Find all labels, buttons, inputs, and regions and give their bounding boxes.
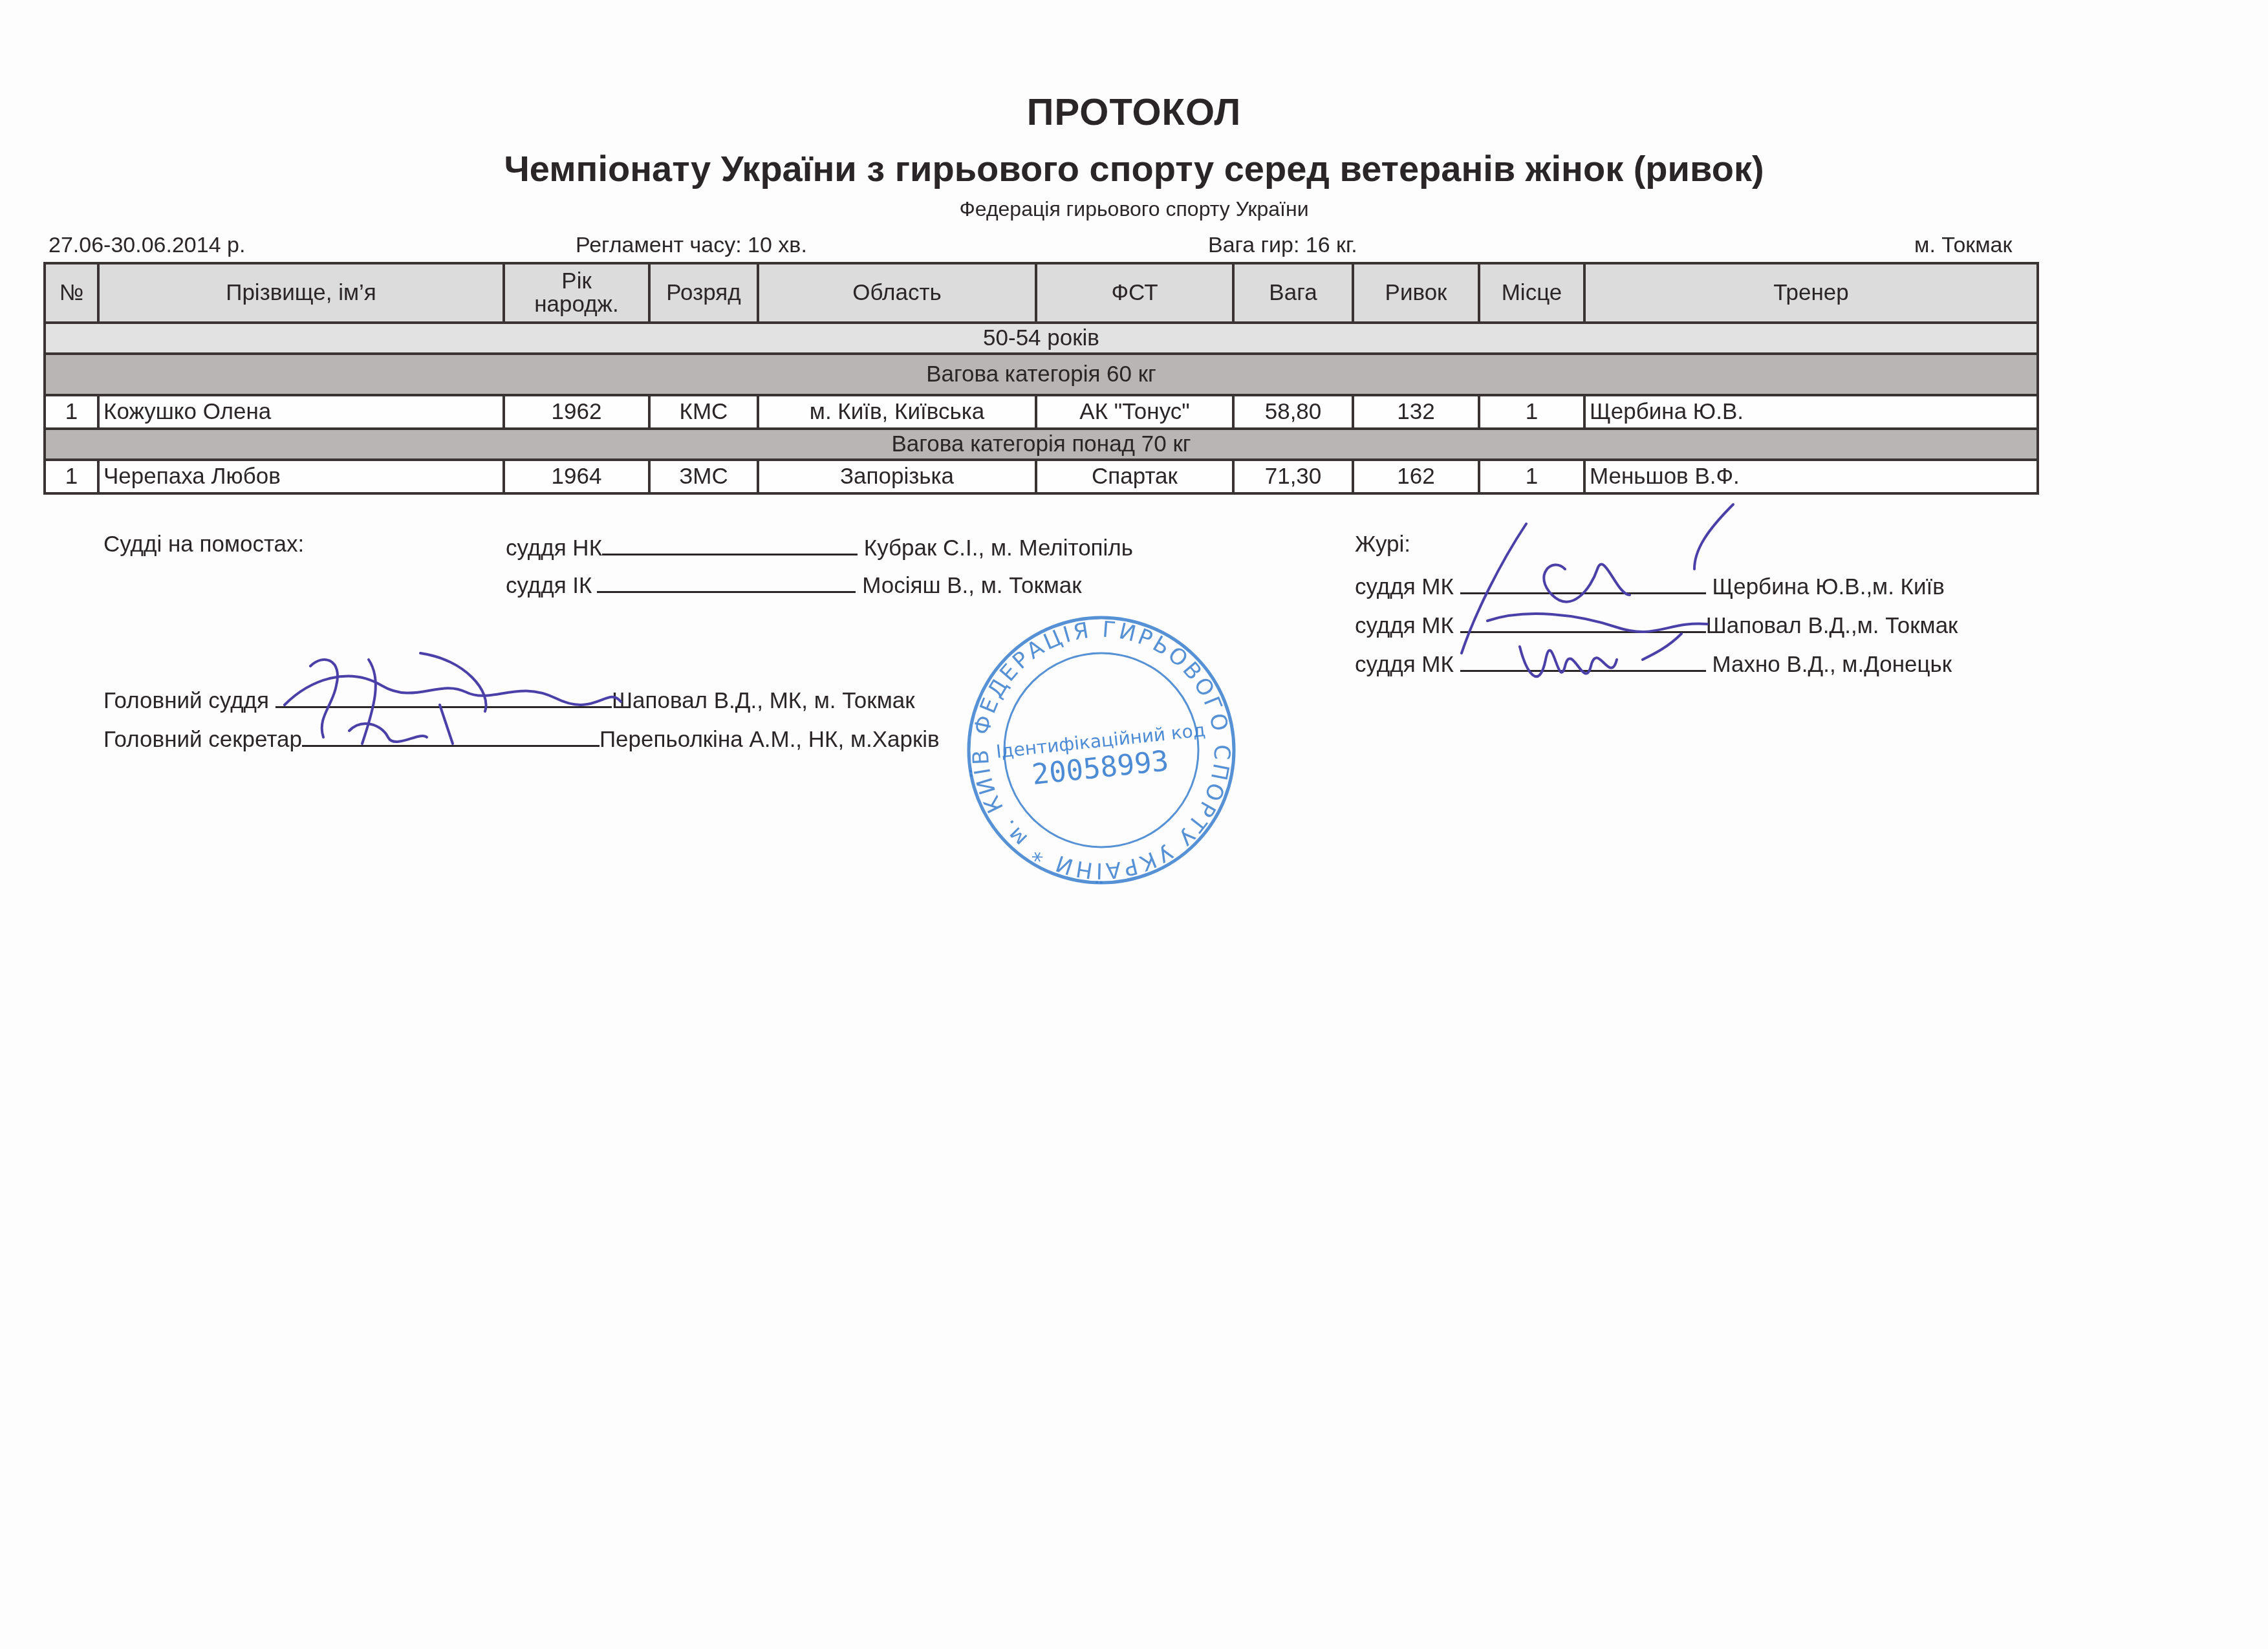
- col-header-body-weight: Вага: [1233, 263, 1353, 323]
- jury-name: Махно В.Д., м.Донецьк: [1712, 652, 1952, 677]
- col-header-birth-year-line2: народж.: [509, 293, 644, 316]
- platform-judges-label: Судді на помостах:: [103, 532, 304, 557]
- weight-category-row: Вагова категорія 60 кг: [45, 354, 2038, 395]
- cell-birth-year: 1964: [504, 460, 649, 493]
- cell-number: 1: [45, 460, 98, 493]
- age-group-label: 50-54 років: [45, 323, 2038, 354]
- col-header-birth-year: Рік народж.: [504, 263, 649, 323]
- cell-body-weight: 71,30: [1233, 460, 1353, 493]
- col-header-snatch: Ривок: [1353, 263, 1479, 323]
- judge-role: суддя НК: [506, 535, 602, 561]
- cell-rank: КМС: [649, 395, 758, 429]
- table-row: 1 Кожушко Олена 1962 КМС м. Київ, Київсь…: [45, 395, 2038, 429]
- col-header-fst: ФСТ: [1036, 263, 1233, 323]
- judge-role: суддя ІК: [506, 573, 592, 598]
- col-header-birth-year-line1: Рік: [509, 270, 644, 293]
- cell-region: м. Київ, Київська: [758, 395, 1036, 429]
- official-name: Перепьолкіна А.М., НК, м.Харків: [599, 727, 940, 752]
- official-role: Головний суддя: [103, 688, 269, 713]
- jury-line: суддя МК Щербина Ю.В.,м. Київ: [1355, 570, 1945, 600]
- weight-category-label: Вагова категорія понад 70 кг: [45, 429, 2038, 460]
- table-header-row: № Прізвище, ім’я Рік народж. Розряд Обла…: [45, 263, 2038, 323]
- jury-name: Щербина Ю.В.,м. Київ: [1712, 574, 1945, 599]
- official-name: Шаповал В.Д., МК, м. Токмак: [612, 688, 914, 713]
- cell-place: 1: [1479, 460, 1584, 493]
- weight-category-row: Вагова категорія понад 70 кг: [45, 429, 2038, 460]
- cell-snatch: 132: [1353, 395, 1479, 429]
- weight-category-label: Вагова категорія 60 кг: [45, 354, 2038, 395]
- document-title: ПРОТОКОЛ: [0, 91, 2268, 134]
- jury-signatures: [1449, 498, 1746, 711]
- judge-name: Мосіяш В., м. Токмак: [862, 573, 1081, 598]
- cell-body-weight: 58,80: [1233, 395, 1353, 429]
- cell-snatch: 162: [1353, 460, 1479, 493]
- jury-role: суддя МК: [1355, 613, 1454, 638]
- cell-region: Запорізька: [758, 460, 1036, 493]
- jury-line: суддя МК Махно В.Д., м.Донецьк: [1355, 648, 1952, 678]
- federation-stamp: ФЕДЕРАЦІЯ ГИРЬОВОГО СПОРТУ УКРАЇНИ * м. …: [949, 608, 1253, 892]
- col-header-rank: Розряд: [649, 263, 758, 323]
- table-row: 1 Черепаха Любов 1964 ЗМС Запорізька Спа…: [45, 460, 2038, 493]
- signature-line: [1460, 648, 1706, 672]
- col-header-region: Область: [758, 263, 1036, 323]
- cell-name: Черепаха Любов: [98, 460, 504, 493]
- jury-line: суддя МК Шаповал В.Д.,м. Токмак: [1355, 609, 1958, 639]
- platform-judge-line: суддя ІК Мосіяш В., м. Токмак: [506, 569, 1082, 599]
- cell-fst: Спартак: [1036, 460, 1233, 493]
- signature-line: [597, 569, 856, 593]
- organization-name: Федерація гирьового спорту України: [0, 197, 2268, 221]
- competition-city: м. Токмак: [1914, 233, 2012, 258]
- signature-line: [1460, 570, 1706, 594]
- cell-fst: АК "Тонус": [1036, 395, 1233, 429]
- jury-role: суддя МК: [1355, 574, 1454, 599]
- col-header-place: Місце: [1479, 263, 1584, 323]
- jury-role: суддя МК: [1355, 652, 1454, 677]
- cell-name: Кожушко Олена: [98, 395, 504, 429]
- jury-name: Шаповал В.Д.,м. Токмак: [1706, 613, 1958, 638]
- signature-line: [1460, 609, 1706, 633]
- age-group-row: 50-54 років: [45, 323, 2038, 354]
- cell-coach: Щербина Ю.В.: [1584, 395, 2038, 429]
- official-line: Головний суддяШаповал В.Д., МК, м. Токма…: [103, 684, 914, 714]
- kettlebell-weight: Вага гир: 16 кг.: [1208, 233, 1357, 258]
- jury-label: Журі:: [1355, 532, 1410, 557]
- cell-birth-year: 1962: [504, 395, 649, 429]
- results-table: № Прізвище, ім’я Рік народж. Розряд Обла…: [43, 262, 2039, 495]
- competition-dates: 27.06-30.06.2014 р.: [49, 233, 245, 258]
- col-header-name: Прізвище, ім’я: [98, 263, 504, 323]
- platform-judge-line: суддя НК Кубрак С.І., м. Мелітопіль: [506, 532, 1133, 561]
- cell-rank: ЗМС: [649, 460, 758, 493]
- judge-name: Кубрак С.І., м. Мелітопіль: [864, 535, 1133, 561]
- cell-place: 1: [1479, 395, 1584, 429]
- signature-line: [602, 532, 858, 555]
- signature-line: [302, 723, 599, 747]
- col-header-coach: Тренер: [1584, 263, 2038, 323]
- cell-number: 1: [45, 395, 98, 429]
- time-limit: Регламент часу: 10 хв.: [576, 233, 807, 258]
- cell-coach: Меньшов В.Ф.: [1584, 460, 2038, 493]
- document-subtitle: Чемпіонату України з гирьового спорту се…: [0, 147, 2268, 189]
- official-line: Головний секретарПерепьолкіна А.М., НК, …: [103, 723, 940, 753]
- col-header-number: №: [45, 263, 98, 323]
- signature-line: [275, 684, 612, 708]
- official-role: Головний секретар: [103, 727, 302, 752]
